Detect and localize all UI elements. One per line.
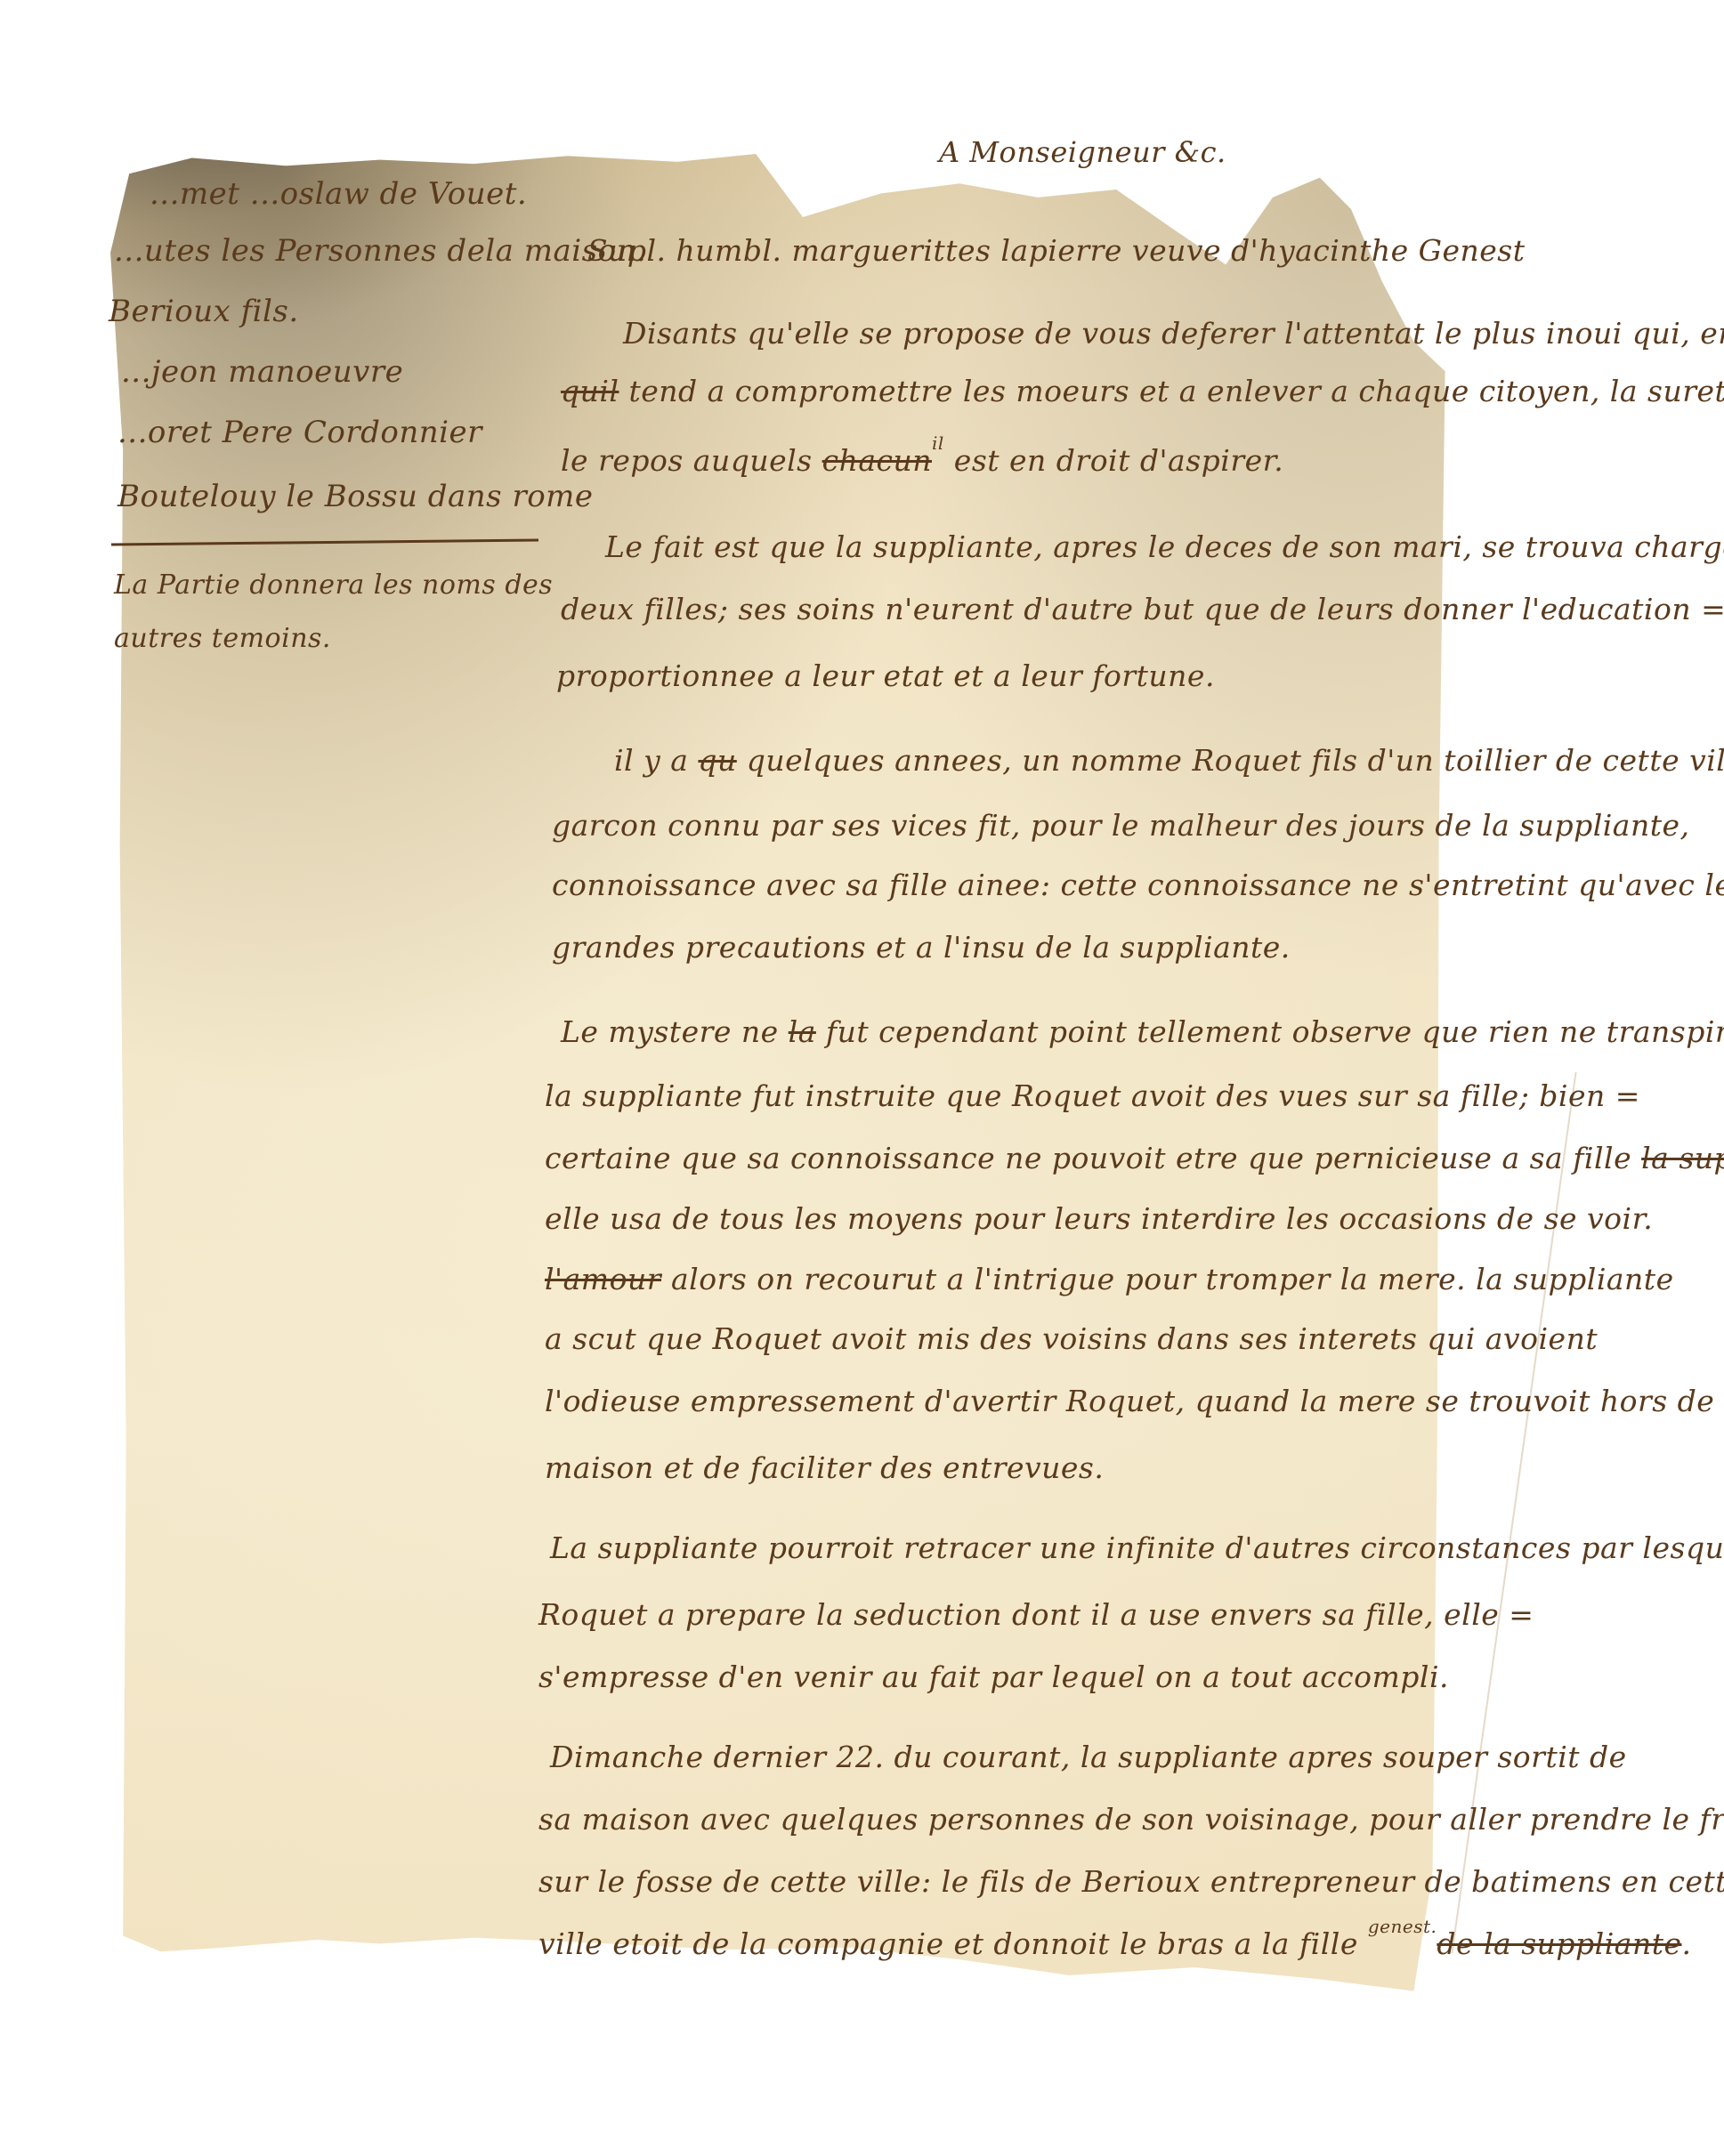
body-line: il y a qu quelques annees, un nomme Roqu… — [614, 743, 1724, 778]
body-line: proportionnee a leur etat et a leur fort… — [556, 658, 1215, 693]
body-line: Le fait est que la suppliante, apres le … — [605, 529, 1724, 564]
body-line: a scut que Roquet avoit mis des voisins … — [545, 1321, 1598, 1356]
margin-witness: ...jeon manoeuvre — [121, 354, 403, 390]
body-line: Disants qu'elle se propose de vous defer… — [623, 316, 1724, 351]
petition-salutation: Supl. humbl. marguerittes lapierre veuve… — [587, 233, 1525, 268]
margin-witness: ...utes les Personnes dela maison. — [114, 233, 646, 269]
body-line: grandes precautions et a l'insu de la su… — [552, 930, 1291, 965]
body-line: la suppliante fut instruite que Roquet a… — [545, 1078, 1640, 1113]
body-line: deux filles; ses soins n'eurent d'autre … — [561, 592, 1724, 626]
body-line: garcon connu par ses vices fit, pour le … — [552, 808, 1690, 843]
body-line: certaine que sa connoissance ne pouvoit … — [545, 1141, 1724, 1175]
margin-witness: Boutelouy le Bossu dans rome — [117, 479, 594, 514]
body-line: maison et de faciliter des entrevues. — [545, 1450, 1104, 1485]
body-line: sa maison avec quelques personnes de son… — [538, 1802, 1724, 1837]
body-line: Dimanche dernier 22. du courant, la supp… — [550, 1740, 1627, 1774]
body-line: elle usa de tous les moyens pour leurs i… — [545, 1201, 1653, 1236]
body-line: Le mystere ne la fut cependant point tel… — [561, 1014, 1724, 1049]
body-line: le repos auquels chacunil est en droit d… — [561, 443, 1283, 478]
body-line: Roquet a prepare la seduction dont il a … — [538, 1597, 1534, 1632]
margin-witness: Berioux fils. — [109, 294, 299, 329]
body-line: l'amour alors on recourut a l'intrigue p… — [545, 1262, 1674, 1296]
body-line: s'empresse d'en venir au fait par lequel… — [538, 1659, 1449, 1694]
petition-header: A Monseigneur &c. — [939, 135, 1226, 169]
body-line: quil tend a compromettre les moeurs et a… — [561, 374, 1724, 408]
body-line: sur le fosse de cette ville: le fils de … — [538, 1864, 1724, 1899]
body-line: La suppliante pourroit retracer une infi… — [550, 1530, 1724, 1565]
body-line: connoissance avec sa fille ainee: cette … — [552, 868, 1724, 902]
margin-witness: ...met ...oslaw de Vouet. — [150, 176, 527, 212]
body-line: ville etoit de la compagnie et donnoit l… — [538, 1926, 1692, 1961]
body-line: l'odieuse empressement d'avertir Roquet,… — [545, 1384, 1724, 1418]
margin-footnote: autres temoins. — [114, 623, 331, 654]
margin-witness: ...oret Pere Cordonnier — [117, 415, 482, 450]
margin-footnote: La Partie donnera les noms des — [114, 569, 553, 601]
